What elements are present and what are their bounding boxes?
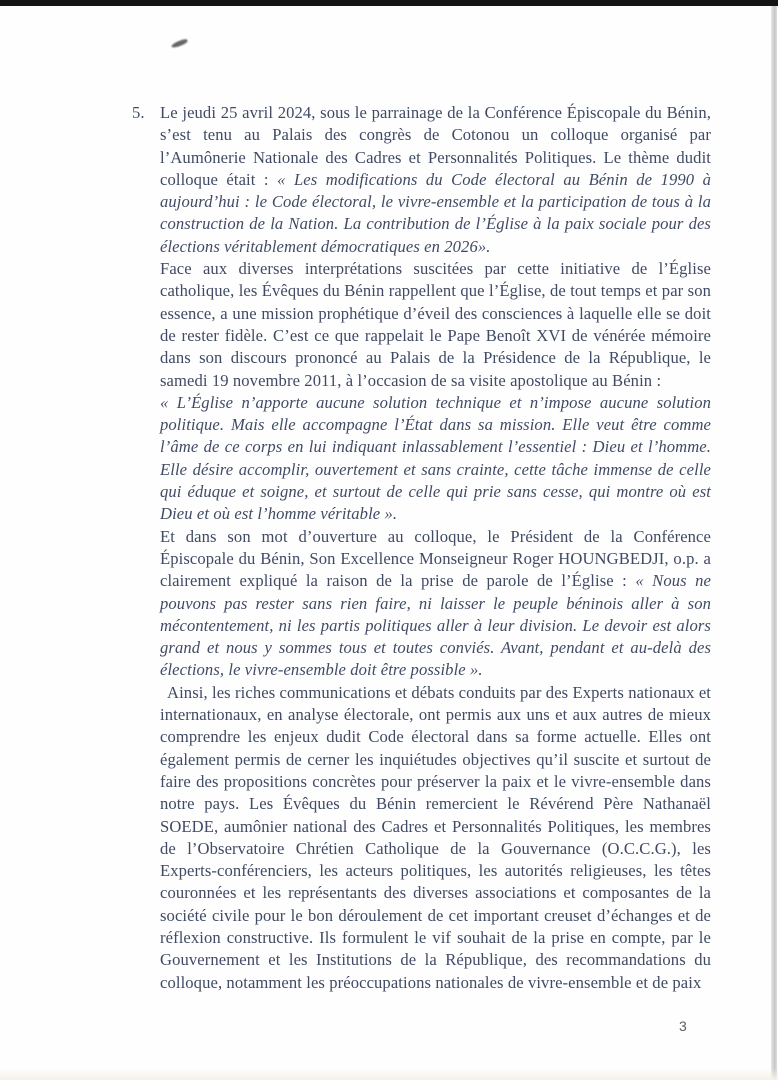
paragraph-citation-benoit-xvi: « L’Église n’apporte aucune solution tec… — [160, 392, 711, 526]
paragraphs-container: Le jeudi 25 avril 2024, sous le parraina… — [160, 102, 711, 994]
list-number: 5. — [132, 102, 145, 124]
page-number: 3 — [679, 1018, 687, 1034]
body-text: Ainsi, les riches communications et déba… — [160, 683, 711, 992]
body-text: Face aux diverses interprétations suscit… — [160, 259, 711, 389]
body-text: Et dans son mot d’ouverture au colloque,… — [160, 527, 711, 591]
scan-bottom-shadow — [0, 1068, 778, 1080]
paragraph-colloque-intro: Le jeudi 25 avril 2024, sous le parraina… — [160, 102, 711, 258]
paragraph-mot-ouverture-houngbedji: Et dans son mot d’ouverture au colloque,… — [160, 526, 711, 682]
document-text-block: 5. Le jeudi 25 avril 2024, sous le parra… — [160, 102, 711, 994]
scan-right-page-edge — [771, 6, 777, 1080]
quoted-italic-text: « L’Église n’apporte aucune solution tec… — [160, 393, 711, 523]
scan-ink-smudge-artifact — [171, 38, 189, 49]
paragraph-ainsi-remerciements: Ainsi, les riches communications et déba… — [160, 682, 711, 994]
paragraph-face-aux-interpretations: Face aux diverses interprétations suscit… — [160, 258, 711, 392]
scan-top-border — [0, 0, 778, 6]
